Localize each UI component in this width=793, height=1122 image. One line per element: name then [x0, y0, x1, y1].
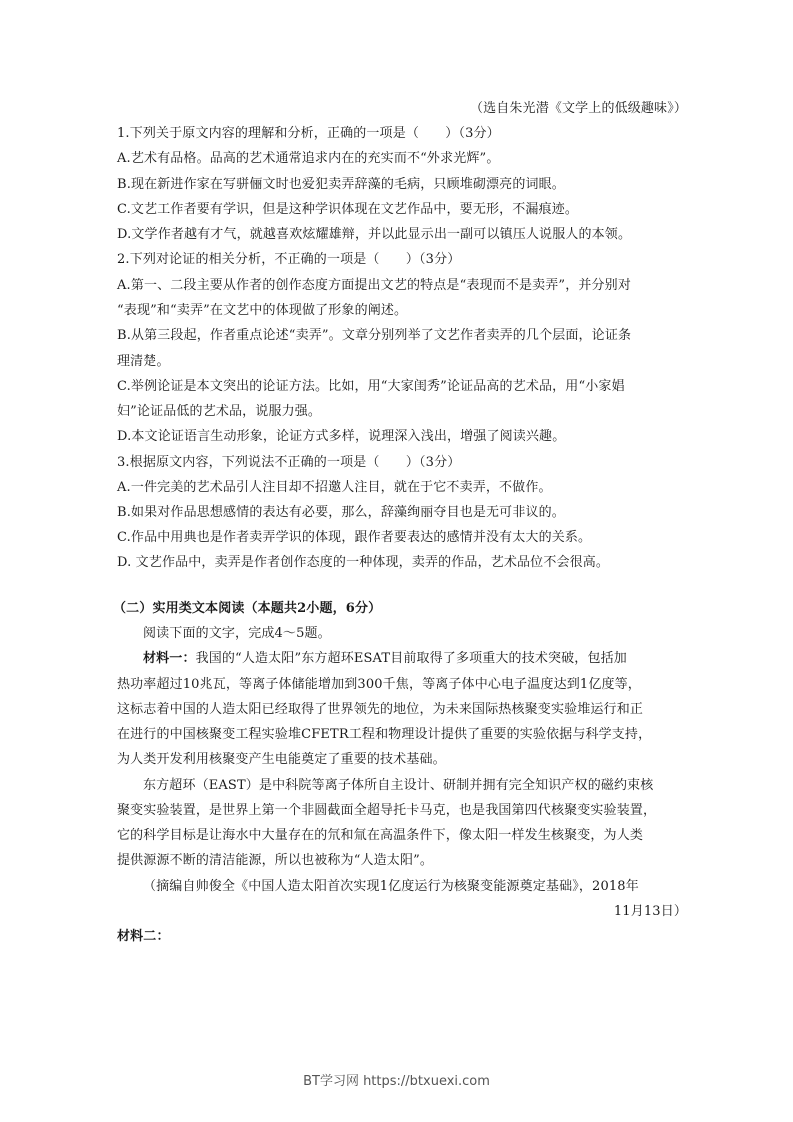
q2-option-c-line1: C.举例论证是本文突出的论证方法。比如，用“大家闺秀”论证品高的艺术品，用“小家…: [117, 379, 692, 395]
watermark-footer: BT学习网 https://btxuexi.com: [0, 1070, 793, 1089]
material-1-source-line1: （摘编自帅俊全《中国人造太阳首次实现1亿度运行为核聚变能源奠定基础》，2018年: [117, 879, 692, 895]
material-1-para2-line3: 它的科学目标是让海水中大量存在的氘和氚在高温条件下，像太阳一样发生核聚变，为人类: [117, 828, 692, 844]
material-1-line1: 材料一：我国的“人造太阳”东方超环ESAT目前取得了多项重大的技术突破，包括加: [117, 651, 692, 667]
q2-option-b-line1: B.从第三段起，作者重点论述“卖弄”。文章分别列举了文艺作者卖弄的几个层面，论证…: [117, 328, 692, 344]
q1-option-d: D.文学作者越有才气，就越喜欢炫耀雄辩，并以此显示出一副可以镇压人说服人的本领。: [117, 227, 692, 243]
q1-option-c: C.文艺工作者要有学识，但是这种学识体现在文艺作品中，要无形，不漏痕迹。: [117, 202, 692, 218]
q2-option-a-line2: “表现”和“卖弄”在文艺中的体现做了形象的阐述。: [117, 303, 692, 319]
material-1-line2: 热功率超过10兆瓦，等离子体储能增加到300千焦，等离子体中心电子温度达到1亿度…: [117, 677, 692, 693]
q2-option-c-line2: 妇”论证品低的艺术品，说服力强。: [117, 404, 692, 420]
material-1-para2-line1: 东方超环（EAST）是中科院等离子体所自主设计、研制并拥有完全知识产权的磁约束核: [117, 778, 692, 794]
material-1-label: 材料一：: [143, 651, 196, 666]
q3-option-c: C.作品中用典也是作者卖弄学识的体现，跟作者要表达的感情并没有太大的关系。: [117, 530, 692, 546]
q1-option-b: B.现在新进作家在写骈俪文时也爱犯卖弄辞藻的毛病，只顾堆砌漂亮的词眼。: [117, 177, 692, 193]
q3-option-b: B.如果对作品思想感情的表达有必要，那么，辞藻绚丽夺目也是无可非议的。: [117, 505, 692, 521]
material-1-source-line2: 11月13日）: [117, 904, 687, 920]
source-citation: （选自朱光潜《文学上的低级趣味》）: [117, 101, 687, 117]
material-1-line3: 这标志着中国的人造太阳已经取得了世界领先的地位，为未来国际热核聚变实验堆运行和正: [117, 702, 692, 718]
document-page: （选自朱光潜《文学上的低级趣味》） 1.下列关于原文内容的理解和分析，正确的一项…: [0, 0, 793, 1122]
material-1-para2-line2: 聚变实验装置，是世界上第一个非圆截面全超导托卡马克，也是我国第四代核聚变实验装置…: [117, 803, 692, 819]
q3-option-d: D. 文艺作品中，卖弄是作者创作态度的一种体现，卖弄的作品，艺术品位不会很高。: [117, 555, 692, 571]
q2-option-a-line1: A.第一、二段主要从作者的创作态度方面提出文艺的特点是“表现而不是卖弄”，并分别…: [117, 278, 692, 294]
material-1-para2-line4: 提供源源不断的清洁能源，所以也被称为“人造太阳”。: [117, 853, 692, 869]
material-2-label: 材料二：: [117, 929, 692, 945]
section-heading: （二）实用类文本阅读（本题共2小题，6分）: [113, 601, 688, 617]
question-3-stem: 3.根据原文内容，下列说法不正确的一项是（ ）（3分）: [117, 455, 692, 471]
material-1-text: 我国的“人造太阳”东方超环ESAT目前取得了多项重大的技术突破，包括加: [196, 651, 627, 666]
q1-option-a: A.艺术有品格。品高的艺术通常追求内在的充实而不“外求光辉”。: [117, 151, 692, 167]
material-1-line5: 为人类开发利用核聚变产生电能奠定了重要的技术基础。: [117, 752, 692, 768]
q3-option-a: A.一件完美的艺术品引人注目却不招邀人注目，就在于它不卖弄，不做作。: [117, 480, 692, 496]
q2-option-b-line2: 理清楚。: [117, 354, 692, 370]
question-1-stem: 1.下列关于原文内容的理解和分析，正确的一项是（ ）（3分）: [117, 126, 692, 142]
material-1-line4: 在进行的中国核聚变工程实验堆CFETR工程和物理设计提供了重要的实验依据与科学支…: [117, 727, 692, 743]
q2-option-d: D.本文论证语言生动形象，论证方式多样，说理深入浅出，增强了阅读兴趣。: [117, 429, 692, 445]
reading-instruction: 阅读下面的文字，完成4～5题。: [117, 626, 692, 642]
question-2-stem: 2.下列对论证的相关分析，不正确的一项是（ ）（3分）: [117, 252, 692, 268]
